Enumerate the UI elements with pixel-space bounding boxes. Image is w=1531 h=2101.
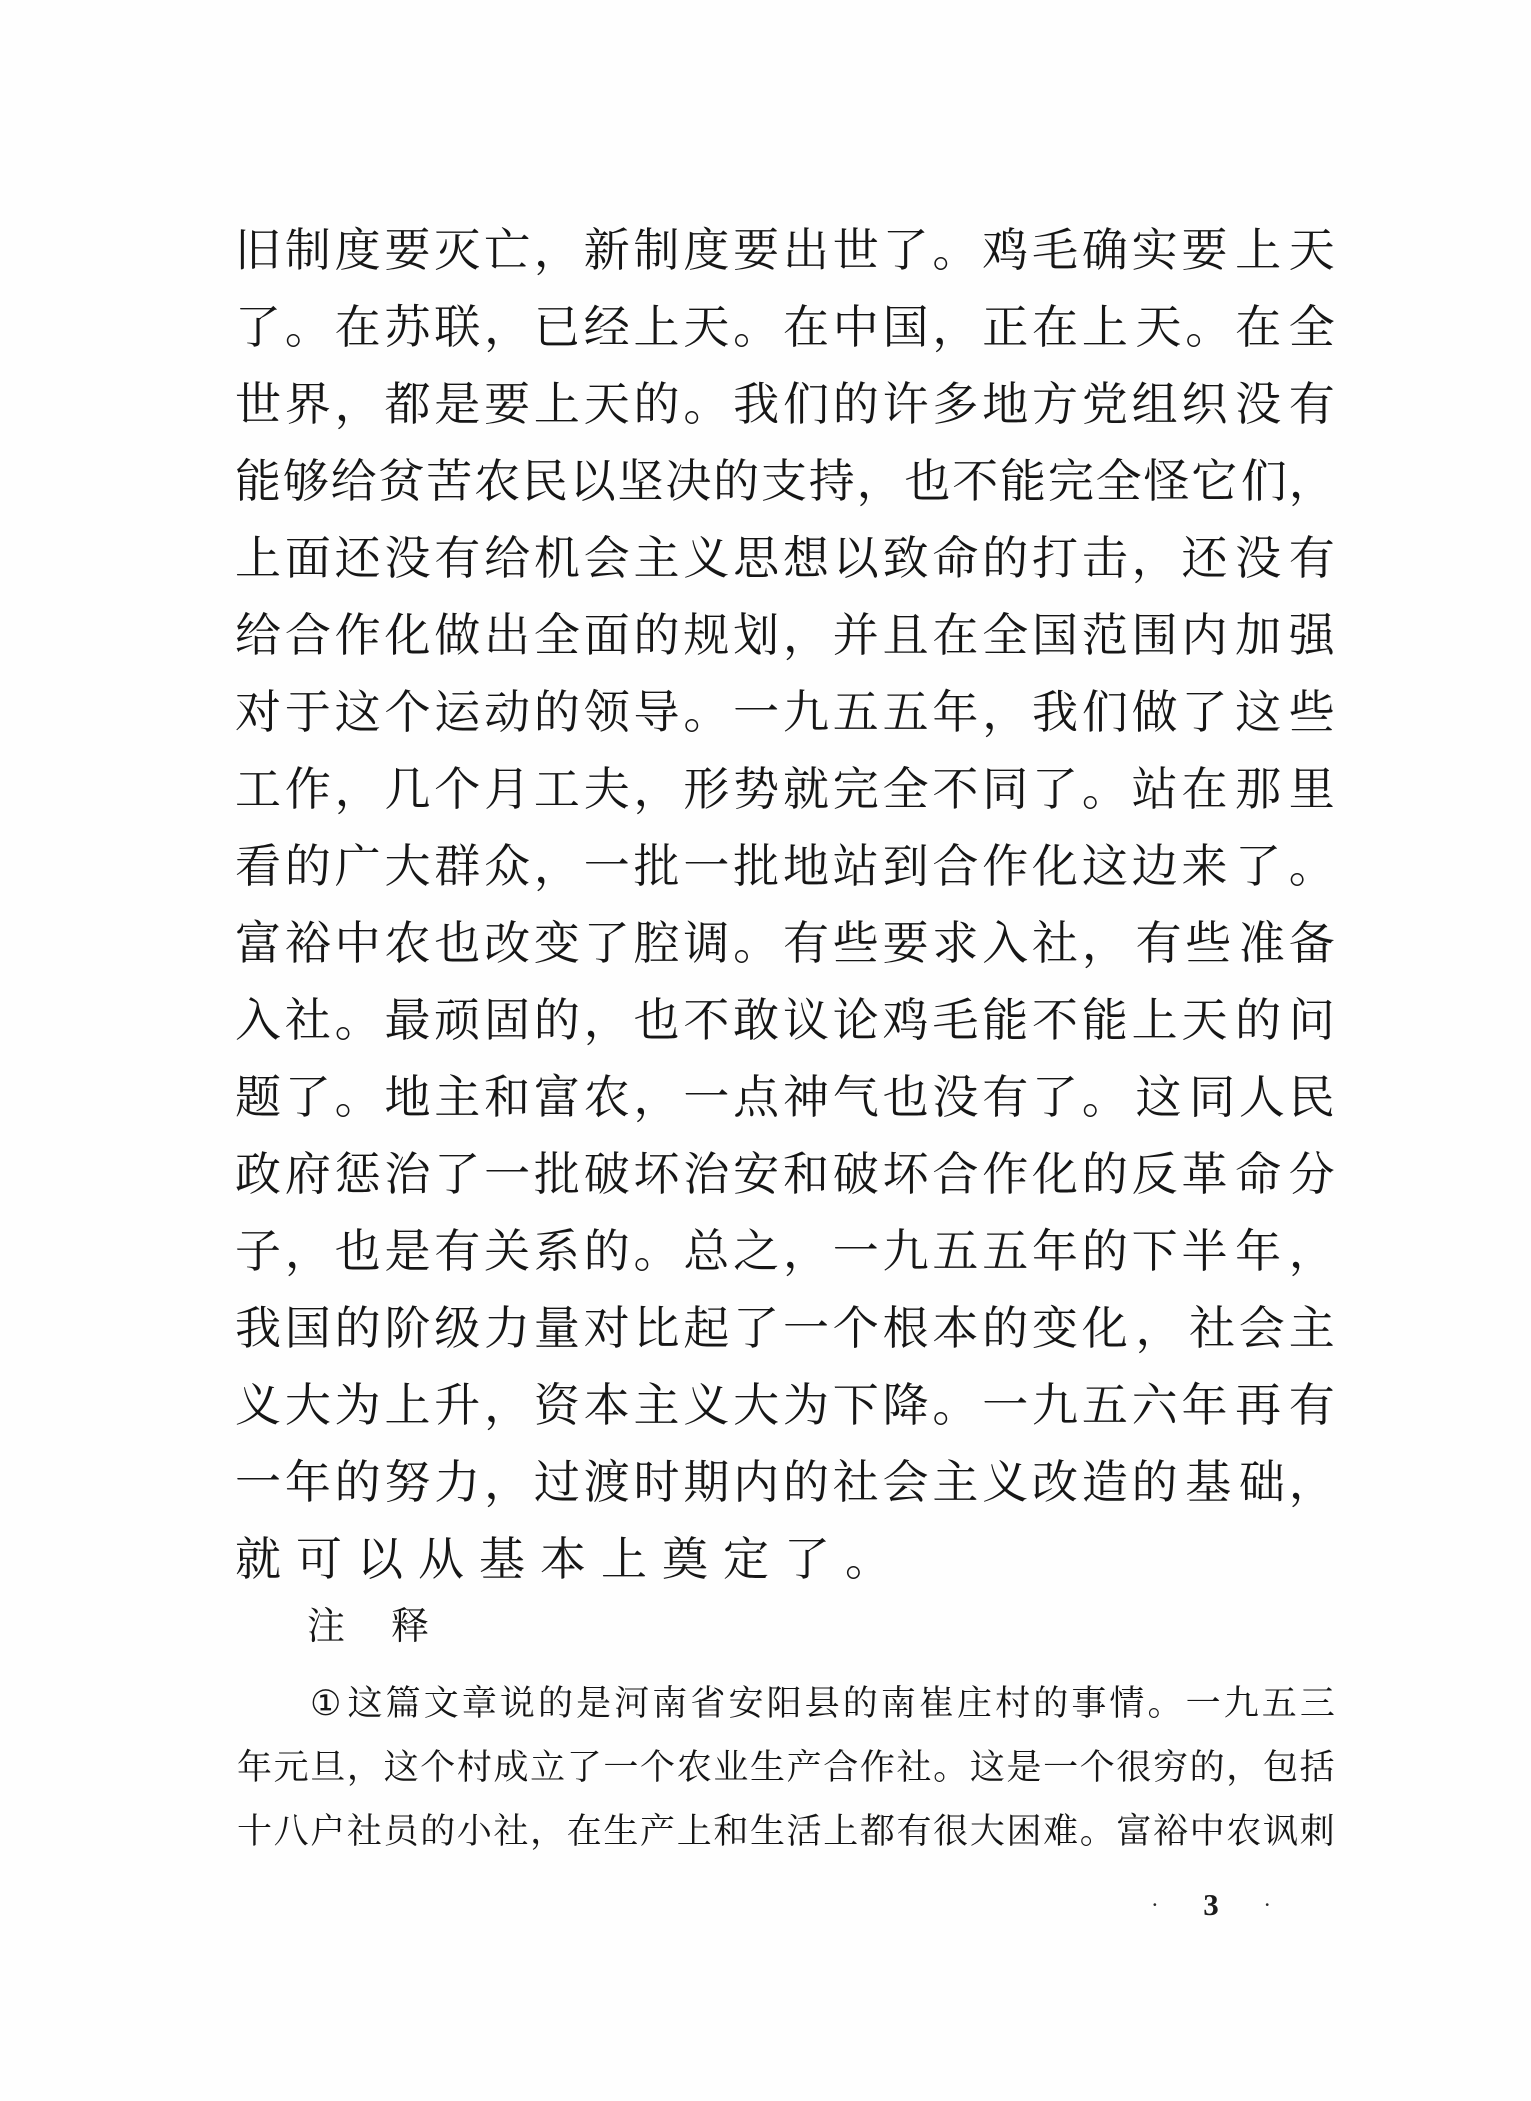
notes-section: ① 这篇文章说的是河南省安阳县的南崔庄村的事情。一九五三 年元旦，这个村成立了一… bbox=[237, 1672, 1335, 1864]
body-line: 工作，几个月工夫，形势就完全不同了。站在 那 里 bbox=[235, 751, 1335, 828]
body-line: 子，也是有关系的。总之，一九五五年的下半 年 ， bbox=[235, 1213, 1335, 1290]
body-line: 对于这个运动的领导。一九五五年，我们做了 这 些 bbox=[235, 674, 1335, 751]
body-line: 一年的努力，过渡时期内的社会主义改造的 基 础， bbox=[235, 1444, 1335, 1521]
body-line: 能够给贫苦农民以坚决的支持，也不能完全怪它 们， bbox=[235, 443, 1335, 520]
body-paragraph: 旧制度要灭亡，新制度要出世了。鸡毛确实要 上 天 了。在苏联，已经上天。在中国，… bbox=[235, 212, 1335, 1598]
body-line: 看的广大群众，一批一批地站到合作化这边来 了 。 bbox=[235, 828, 1335, 905]
body-line: 我国的阶级力量对比起了一个根本的变化 ， 社会主 bbox=[235, 1290, 1335, 1367]
body-line: 义大为上升，资本主义大为下降。一九五六年 再 有 bbox=[235, 1367, 1335, 1444]
body-line: 政府惩治了一批破坏治安和破坏合作化的反革 命 分 bbox=[235, 1136, 1335, 1213]
body-line: 给合作化做出全面的规划，并且在全国范围内 加 强 bbox=[235, 597, 1335, 674]
body-line: 题了。地主和富农，一点神气也没有了。 这 同人民 bbox=[235, 1059, 1335, 1136]
note-line: ① 这篇文章说的是河南省安阳县的南崔庄村的事情。一九五三 bbox=[237, 1672, 1335, 1736]
body-line: 旧制度要灭亡，新制度要出世了。鸡毛确实要 上 天 bbox=[235, 212, 1335, 289]
body-line: 世界，都是要上天的。我们的许多地方党组织 没 有 bbox=[235, 366, 1335, 443]
body-line: 富裕中农也改变了腔调。有些要求入社， 有些 准备 bbox=[235, 905, 1335, 982]
body-line-last: 就可以从基本上奠定了。 bbox=[235, 1521, 1335, 1598]
note-line: 十八户社员的小社，在生产上和生活上都有很大困难。富裕中农讽刺 bbox=[237, 1800, 1335, 1864]
page-footer: · 3 · bbox=[1152, 1884, 1270, 1926]
body-line: 上面还没有给机会主义思想以致命的打击，还 没 有 bbox=[235, 520, 1335, 597]
footer-right-ornament: · bbox=[1264, 1884, 1270, 1926]
footer-left-ornament: · bbox=[1152, 1884, 1158, 1926]
page-number: 3 bbox=[1203, 1884, 1219, 1926]
note-line: 年元旦，这个村成立了一个农业生产合作社。这是一个很穷的，包括 bbox=[237, 1736, 1335, 1800]
scanned-book-page: 旧制度要灭亡，新制度要出世了。鸡毛确实要 上 天 了。在苏联，已经上天。在中国，… bbox=[0, 0, 1531, 2101]
body-line: 入社。最顽固的，也不敢议论鸡毛能不能上天 的 问 bbox=[235, 982, 1335, 1059]
body-line: 了。在苏联，已经上天。在中国，正在上 天。在 全 bbox=[235, 289, 1335, 366]
notes-heading: 注 释 bbox=[307, 1604, 433, 1650]
